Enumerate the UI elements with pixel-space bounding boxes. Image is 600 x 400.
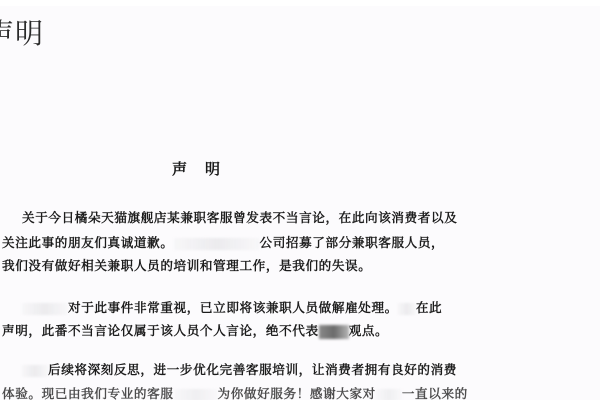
top-strip bbox=[0, 0, 600, 6]
redacted-region bbox=[398, 303, 416, 315]
line-text: 观点。 bbox=[349, 323, 389, 338]
document-page: 声明 声明 关于今日橘朵天猫旗舰店某兼职客服曾发表不当言论，在此向该消费者以及 … bbox=[0, 0, 600, 400]
line-text: 一直以来的 bbox=[402, 386, 468, 400]
paragraph-2-line-1: 对于此事件非常重视，已立即将该兼职人员做解雇处理。在此 bbox=[22, 297, 442, 316]
line-text: 公司招募了部分兼职客服人员， bbox=[260, 235, 445, 250]
line-text: 声明，此番不当言论仅属于该人员个人言论，绝不代表 bbox=[2, 323, 319, 338]
line-text: 在此 bbox=[416, 300, 442, 315]
redacted-region bbox=[376, 389, 402, 400]
line-text: 体验。现已由我们专业的客服 bbox=[2, 386, 174, 400]
redacted-region bbox=[319, 325, 349, 339]
redacted-region bbox=[22, 365, 48, 377]
paragraph-1-line-3: 我们没有做好相关兼职人员的培训和管理工作，是我们的失误。 bbox=[2, 255, 371, 274]
paragraph-1-line-1: 关于今日橘朵天猫旗舰店某兼职客服曾发表不当言论，在此向该消费者以及 bbox=[22, 207, 457, 226]
redacted-region bbox=[174, 238, 260, 250]
article-heading: 声明 bbox=[0, 12, 44, 52]
redacted-region bbox=[174, 389, 218, 400]
redacted-region bbox=[22, 303, 68, 315]
paragraph-3-line-1: 后续将深刻反思，进一步优化完善客服培训，让消费者拥有良好的消费 bbox=[22, 359, 457, 378]
line-text: 关注此事的朋友们真诚道歉。 bbox=[2, 235, 174, 250]
paragraph-3-line-2: 体验。现已由我们专业的客服为你做好服务！感谢大家对一直以来的 bbox=[2, 383, 468, 400]
line-text: 为你做好服务！感谢大家对 bbox=[218, 386, 376, 400]
document-title: 声明 bbox=[172, 158, 238, 179]
paragraph-2-line-2: 声明，此番不当言论仅属于该人员个人言论，绝不代表观点。 bbox=[2, 320, 388, 339]
line-text: 后续将深刻反思，进一步优化完善客服培训，让消费者拥有良好的消费 bbox=[48, 362, 457, 377]
line-text: 对于此事件非常重视，已立即将该兼职人员做解雇处理。 bbox=[68, 300, 398, 315]
paragraph-1-line-2: 关注此事的朋友们真诚道歉。公司招募了部分兼职客服人员， bbox=[2, 232, 444, 251]
